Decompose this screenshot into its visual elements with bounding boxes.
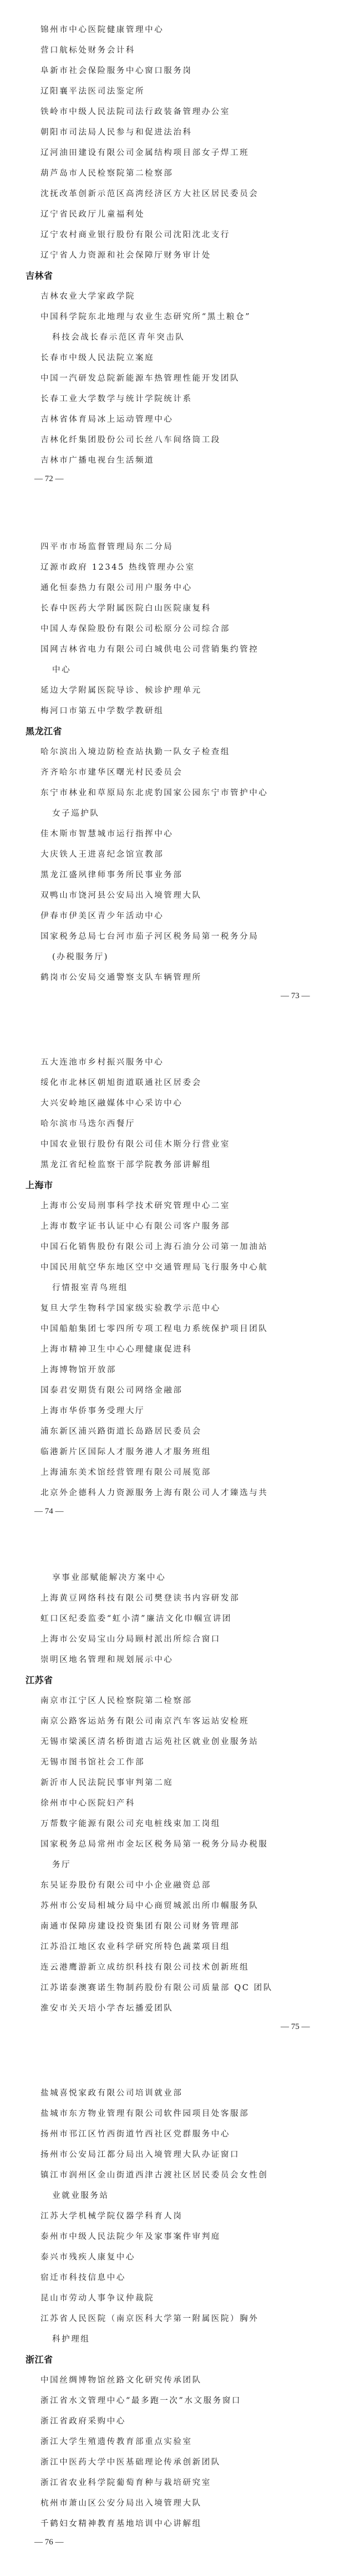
list-item: 朝阳市司法局人民参与和促进法治科 (40, 126, 192, 139)
section-heading: 吉林省 (26, 269, 53, 283)
list-item: 淮安市关天培小学杏坛播爱团队 (40, 2002, 173, 2015)
list-item: 盐城市东方物业管理有限公司软件园项目处客服部 (40, 2107, 249, 2120)
list-item: 黑龙江盛夙律师事务所民事业务部 (40, 868, 183, 882)
section-heading: 上海市 (26, 1179, 53, 1192)
list-item-continuation: 业就业服务站 (52, 2189, 109, 2202)
list-item-continuation: 科护理组 (52, 2333, 90, 2346)
list-item: 沈抚改革创新示范区高湾经济区方大社区居民委员会 (40, 187, 258, 201)
list-item: 泰州市中级人民法院少年及家事案件审判庭 (40, 2230, 221, 2243)
list-item: 万帮数字能源有限公司充电桩线束加工岗组 (40, 1817, 221, 1831)
list-item: 江苏沿江地区农业科学研究所特色蔬菜项目组 (40, 1940, 230, 1954)
list-item: 复旦大学生物科学国家级实验教学示范中心 (40, 1302, 221, 1315)
list-item: 国家税务总局七台河市茄子河区税务局第一税务分局 (40, 930, 258, 943)
list-item: 南通市保障房建设投资集团有限公司财务管理部 (40, 1920, 240, 1933)
list-item: 通化恒泰热力有限公司用户服务中心 (40, 581, 192, 595)
list-item: 梅河口市第五中学数学教研组 (40, 704, 164, 718)
list-item-continuation: 女子巡护队 (52, 807, 100, 820)
list-item: 上海浦东美术馆经营管理有限公司展览部 (40, 1466, 211, 1479)
list-item: 无锡市图书馆社会工作部 (40, 1756, 145, 1769)
list-item: 东宁市林业和草原局东北虎豹国家公园东宁市管护中心 (40, 786, 268, 800)
list-item: 辽河油田建设有限公司金属结构项目部女子焊工班 (40, 146, 249, 160)
list-item: 连云港鹰游新立成纺织科技有限公司技术创新班组 (40, 1961, 249, 1974)
list-item: 黑龙江省纪检监察干部学院教务部讲解组 (40, 1158, 211, 1172)
list-item: 中国民用航空华东地区空中交通管理局飞行服务中心航 (40, 1261, 268, 1274)
list-item: 泰兴市残疾人康复中心 (40, 2251, 135, 2264)
list-item: 镇江市润州区金山街道西津古渡社区居民委员会女性创 (40, 2169, 268, 2182)
list-item: 浦东新区浦兴路街道长岛路居民委员会 (40, 1425, 202, 1438)
list-item: 吉林市广播电视台生活频道 (40, 454, 154, 467)
list-item: 中国一汽研发总院新能源车热管理性能开发团队 (40, 372, 240, 385)
list-item-continuation: (办税服务厅) (52, 950, 109, 964)
list-item: 盐城喜悦家政有限公司培训就业部 (40, 2087, 183, 2100)
list-item: 锦州市中心医院健康管理中心 (40, 23, 164, 37)
list-item: 扬州市邗江区竹西街道竹西社区党群服务中心 (40, 2128, 230, 2141)
page-number: — 72 — (34, 473, 64, 484)
list-item: 哈尔滨市马迭尔西餐厅 (40, 1117, 135, 1131)
list-item: 长春中医药大学附属医院白山医院康复科 (40, 602, 211, 615)
list-item: 上海市精神卫生中心心理健康促进科 (40, 1343, 192, 1356)
list-item: 北京外企德科人力资源服务上海有限公司人才臻选与共 (40, 1486, 268, 1500)
section-heading: 黑龙江省 (26, 725, 62, 738)
list-item-continuation: 行情报室青鸟班组 (52, 1281, 128, 1295)
list-item: 上海黄豆网络科技有限公司樊登读书内容研发部 (40, 1592, 240, 1605)
section-heading: 江苏省 (26, 1674, 53, 1687)
list-item: 徐州市中心医院妇产科 (40, 1797, 135, 1810)
list-item: 崇明区地名管理和规划展示中心 (40, 1653, 173, 1667)
list-item: 齐齐哈尔市建华区曙光村民委员会 (40, 766, 183, 779)
list-item: 长春工业大学数学与统计学院统计系 (40, 392, 192, 406)
list-item: 佳木斯市智慧城市运行指挥中心 (40, 827, 173, 841)
list-item: 上海市公安局刑事科学技术研究管理中心二室 (40, 1199, 230, 1213)
list-item: 无锡市梁溪区清名桥街道古运苑社区就业创业服务站 (40, 1735, 258, 1749)
list-item: 浙江省水文管理中心“最多跑一次”水文服务窗口 (40, 2394, 241, 2408)
list-item: 哈尔滨出入境边防检查站执勤一队女子检查组 (40, 745, 230, 759)
section-heading: 浙江省 (26, 2353, 53, 2367)
list-item: 延边大学附属医院导诊、候诊护理单元 (40, 684, 202, 697)
list-item: 宿迁市科技信息中心 (40, 2271, 126, 2284)
list-item: 浙江大学生殖遗传教育部重点实验室 (40, 2435, 192, 2449)
list-item: 江苏诺泰澳赛诺生物制药股份有限公司质量部 QC 团队 (40, 1981, 273, 1995)
list-item: 浙江省农业科学院葡萄育种与栽培研究室 (40, 2476, 211, 2490)
list-item: 昆山市劳动人事争议仲裁院 (40, 2292, 154, 2305)
list-item: 长春市中级人民法院立案庭 (40, 351, 154, 365)
list-item: 上海市华侨事务受理大厅 (40, 1404, 145, 1418)
list-item: 国泰君安期货有限公司网络金融部 (40, 1384, 183, 1397)
list-item: 杭州市萧山区公安分局出入境管理大队 (40, 2497, 202, 2510)
list-item: 千鹤妇女精神教育基地培训中心讲解组 (40, 2517, 202, 2531)
list-item: 辽阳襄平法医司法鉴定所 (40, 85, 145, 98)
list-item: 江苏省人民医院（南京医科大学第一附属医院）胸外 (40, 2312, 258, 2325)
list-item: 辽宁省人力资源和社会保障厅财务审计处 (40, 249, 211, 262)
list-item-continuation: 务厅 (52, 1858, 71, 1872)
list-item: 浙江中医药大学中医基础理论传承创新团队 (40, 2456, 221, 2469)
list-item: 南京市江宁区人民检察院第二检察部 (40, 1694, 192, 1708)
list-item: 辽宁省民政厅儿童福利处 (40, 208, 145, 221)
list-item: 吉林省体育局冰上运动管理中心 (40, 413, 173, 426)
list-item-continuation: 享事业部赋能解决方案中心 (52, 1571, 166, 1585)
list-item: 辽源市政府 12345 热线管理办公室 (40, 561, 195, 574)
list-item: 浙江省政府采购中心 (40, 2415, 126, 2428)
list-item: 绥化市北林区朝旭街道联通社区居委会 (40, 1076, 202, 1090)
list-item: 扬州市公安局江都分局出入境管理大队办证窗口 (40, 2148, 240, 2161)
list-item: 营口航标处财务会计科 (40, 44, 135, 57)
list-item: 伊春市伊美区青少年活动中心 (40, 909, 164, 923)
list-item: 大庆铁人王进喜纪念馆宣教部 (40, 848, 164, 861)
list-item: 新沂市人民法院民事审判第二庭 (40, 1776, 173, 1790)
list-item-continuation: 科技会战长春示范区青年突击队 (52, 331, 185, 344)
list-item: 国网吉林省电力有限公司白城供电公司营销集约管控 (40, 643, 258, 656)
page-number: — 76 — (34, 2537, 64, 2548)
list-item: 鹤岗市公安局交通警察支队车辆管理所 (40, 971, 202, 984)
page-number: — 74 — (34, 1506, 64, 1517)
page-number: — 75 — (281, 2021, 310, 2032)
list-item: 中国科学院东北地理与农业生态研究所“黑土粮仓” (40, 310, 251, 324)
list-item: 葫芦岛市人民检察院第二检察部 (40, 167, 173, 180)
list-item: 上海博物馆开放部 (40, 1363, 116, 1377)
list-item: 中国石化销售股份有限公司上海石油分公司第一加油站 (40, 1240, 268, 1254)
page-number: — 73 — (281, 990, 310, 1001)
list-item: 大兴安岭地区融媒体中心采访中心 (40, 1097, 183, 1110)
list-item: 江苏大学机械学院仪器学科育人岗 (40, 2210, 183, 2223)
list-item: 上海市数字证书认证中心有限公司客户服务部 (40, 1220, 230, 1233)
list-item: 东吴证券股份有限公司中小企业融资总部 (40, 1879, 211, 1892)
list-item: 中国人寿保险股份有限公司松原分公司综合部 (40, 622, 230, 636)
list-item: 国家税务总局常州市金坛区税务局第一税务分局办税服 (40, 1838, 268, 1851)
list-item: 中国船舶集团七零四所专项工程电力系统保护项目团队 (40, 1322, 268, 1336)
list-item: 苏州市公安局相城分局中心商贸城派出所巾帼服务队 (40, 1899, 258, 1913)
list-item: 上海市公安局宝山分局顾村派出所综合窗口 (40, 1633, 221, 1646)
list-item: 中国丝绸博物馆丝路文化研究传承团队 (40, 2374, 202, 2387)
list-item: 铁岭市中级人民法院司法行政装备管理办公室 (40, 105, 230, 119)
list-item: 吉林化纤集团股份公司长丝八车间络筒工段 (40, 433, 221, 447)
list-item: 虹口区纪委监委“虹小清”廉洁文化巾帼宣讲团 (40, 1612, 232, 1626)
list-item: 临港新片区国际人才服务港人才服务班组 (40, 1445, 211, 1459)
list-item: 五大连池市乡村振兴服务中心 (40, 1056, 164, 1069)
list-item: 双鸭山市饶河县公安局出入境管理大队 (40, 889, 202, 902)
list-item: 辽宁农村商业银行股份有限公司沈阳沈北支行 (40, 228, 230, 242)
list-item-continuation: 中心 (52, 663, 71, 677)
list-item: 南京公路客运站务有限公司南京汽车客运站安检班 (40, 1715, 249, 1728)
list-item: 中国农业银行股份有限公司佳木斯分行营业室 (40, 1138, 230, 1151)
list-item: 吉林农业大学家政学院 (40, 290, 135, 303)
list-item: 阜新市社会保险服务中心窗口服务岗 (40, 64, 192, 78)
list-item: 四平市市场监督管理局东二分局 (40, 540, 173, 554)
